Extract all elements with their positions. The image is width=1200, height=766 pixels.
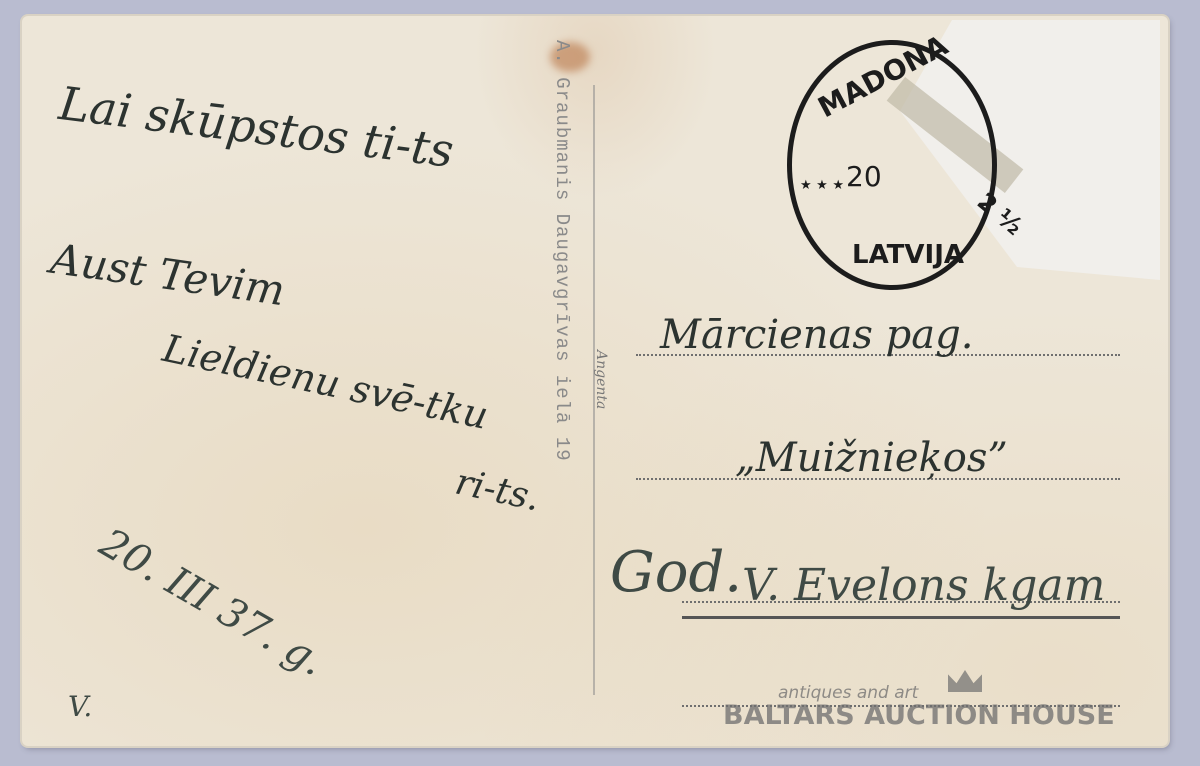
address-underline <box>682 616 1120 619</box>
message-initial: V. <box>68 690 92 723</box>
address-line-1-text: Mārcienas pag. <box>660 312 973 358</box>
publisher-imprint: A. Graubmanis Daugavgrīvas ielā 19 <box>551 40 573 462</box>
postmark-day: 20 <box>846 160 882 193</box>
address-line-3-text: V. Evelons kgam <box>742 560 1105 611</box>
address-salutation: God. <box>610 540 742 605</box>
address-line-2-text: „Muižnieķos” <box>735 435 1008 481</box>
postmark-country: LATVIJA <box>852 240 964 270</box>
postmark-stars: ★ ★ ★ <box>800 178 844 193</box>
printer-signature: Angenta <box>593 350 609 409</box>
watermark-name: BALTARS AUCTION HOUSE <box>723 700 1115 731</box>
